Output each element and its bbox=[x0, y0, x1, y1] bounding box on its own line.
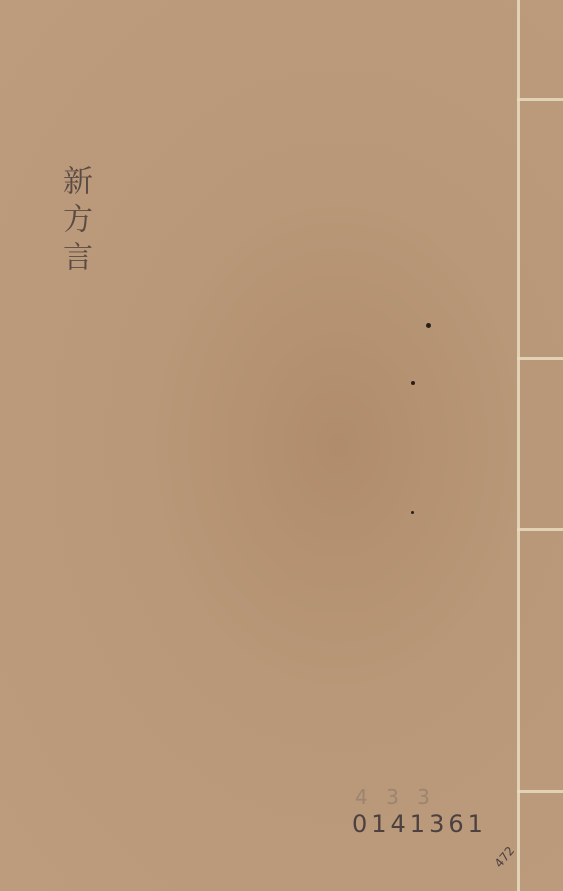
binding-thread bbox=[517, 790, 563, 793]
binding-thread bbox=[517, 98, 563, 101]
spot bbox=[411, 381, 415, 385]
faint-mark: 4 3 3 bbox=[355, 785, 436, 809]
catalog-number: 0141361 bbox=[352, 810, 487, 838]
cover-title: 新方言 bbox=[62, 165, 102, 279]
corner-note: 472 bbox=[492, 844, 517, 871]
binding-thread-vertical bbox=[517, 0, 520, 891]
spot bbox=[411, 511, 414, 514]
book-cover: 新方言 4 3 3 0141361 472 bbox=[0, 0, 563, 891]
binding-thread bbox=[517, 357, 563, 360]
spot bbox=[426, 323, 431, 328]
binding-thread bbox=[517, 528, 563, 531]
